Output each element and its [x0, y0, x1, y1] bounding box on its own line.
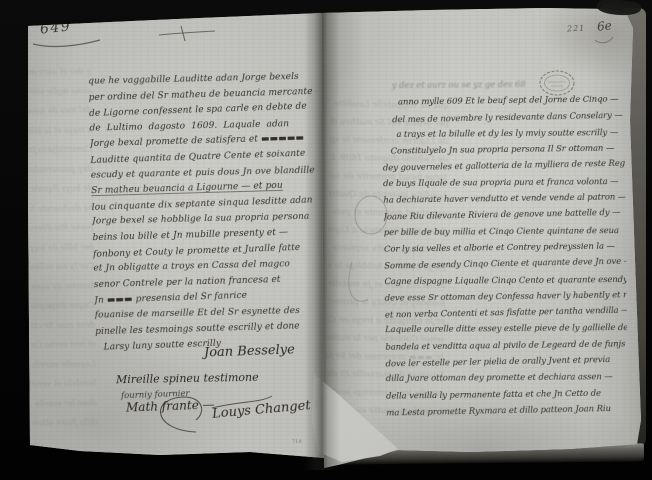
bleed-through-line: et non verba Contenti et sas fisfatte pe…: [31, 334, 95, 355]
bleed-through-line: Joane Riu dilevante Riviera de genove un…: [29, 217, 93, 238]
bleed-through-line: a trays et la bilulle et dy les ly mviy …: [28, 120, 92, 141]
manuscript-line: y dez et aurz ou se yz ge des 68: [392, 76, 624, 94]
bleed-through-line: Laquelle ourelle ditte essey estelle pie…: [32, 354, 96, 375]
manuscript-text-block-left: que he vaggabille Lauditte adan Jorge be…: [88, 69, 324, 363]
folio-number-right: 221: [567, 24, 586, 34]
bleed-through-text: y dez et aurz ou se yz ge des 68anno myl…: [27, 61, 98, 438]
footer-mark: 719: [292, 440, 302, 445]
signature: Mireille spineu testimone: [116, 371, 259, 386]
manuscript-line: a trays et la bilulle et dy les ly mviy …: [396, 125, 624, 143]
bleed-through-line: della venilla ly permanente fatta et che…: [33, 432, 97, 439]
bleed-through-line: y dez et aurz ou se yz ge des 68: [27, 61, 91, 82]
signature: Joan Besselye: [204, 342, 295, 360]
manuscript-line: Laquelle ourelle ditte essey estelle pie…: [385, 320, 627, 338]
bleed-through-line: Somme de esendy Cinqo Ciente et quarante…: [30, 276, 94, 297]
manuscript-scan: y dez et aurz ou se yz ge des 68anno myl…: [0, 0, 652, 480]
manuscript-text-block-right: y dez et aurz ou se yz ge des 68anno myl…: [382, 75, 629, 418]
folio-number-left: 649: [39, 18, 72, 37]
bleed-through-line: del mes de novembre ly residevante dans …: [27, 100, 91, 121]
bleed-through-line: Cor ly sia velles et alborie et Contrey …: [30, 256, 94, 277]
bleed-through-line: anno mylle 609 Et le beuf sept del Jorne…: [27, 81, 91, 102]
manuscript-line: dilla Jvare ottoman dey promette et dech…: [386, 369, 628, 387]
bleed-through-line: de buys Ilquale de sua propria pura et f…: [29, 178, 93, 199]
manuscript-line: Cagne dispagne Liqualle Cinqo Cento et q…: [384, 272, 626, 290]
bleed-through-line: Constitulyelo Jn sua propria persona Il …: [28, 139, 92, 160]
manuscript-line: de buys Ilquale de sua propria pura et f…: [383, 174, 625, 192]
book-gutter-shadow: [304, 12, 340, 470]
manuscript-line: per bille de buy millia et Cinqo Ciente …: [384, 223, 626, 241]
bleed-through-line: deve esse Sr ottoman dey Confessa haver …: [31, 315, 95, 336]
bleed-through-line: dove ler estelle per ler pielia de orall…: [33, 393, 97, 414]
bleed-through-line: dey gouverneles et gallotteria de la myl…: [28, 159, 92, 180]
bleed-through-line: dilla Jvare ottoman dey promette et dech…: [33, 412, 97, 433]
bleed-through-line: bandela et venditta aqua al pivilo de Le…: [32, 373, 96, 394]
bleed-through-line: ha dechiarate haver vendutto et vende ve…: [29, 198, 93, 219]
bleed-through-line: Cagne dispagne Liqualle Cinqo Cento et q…: [31, 295, 95, 316]
bleed-through-line: per bille de buy millia et Cinqo Ciente …: [30, 237, 94, 258]
folio-letter-right: 6e: [596, 18, 612, 33]
